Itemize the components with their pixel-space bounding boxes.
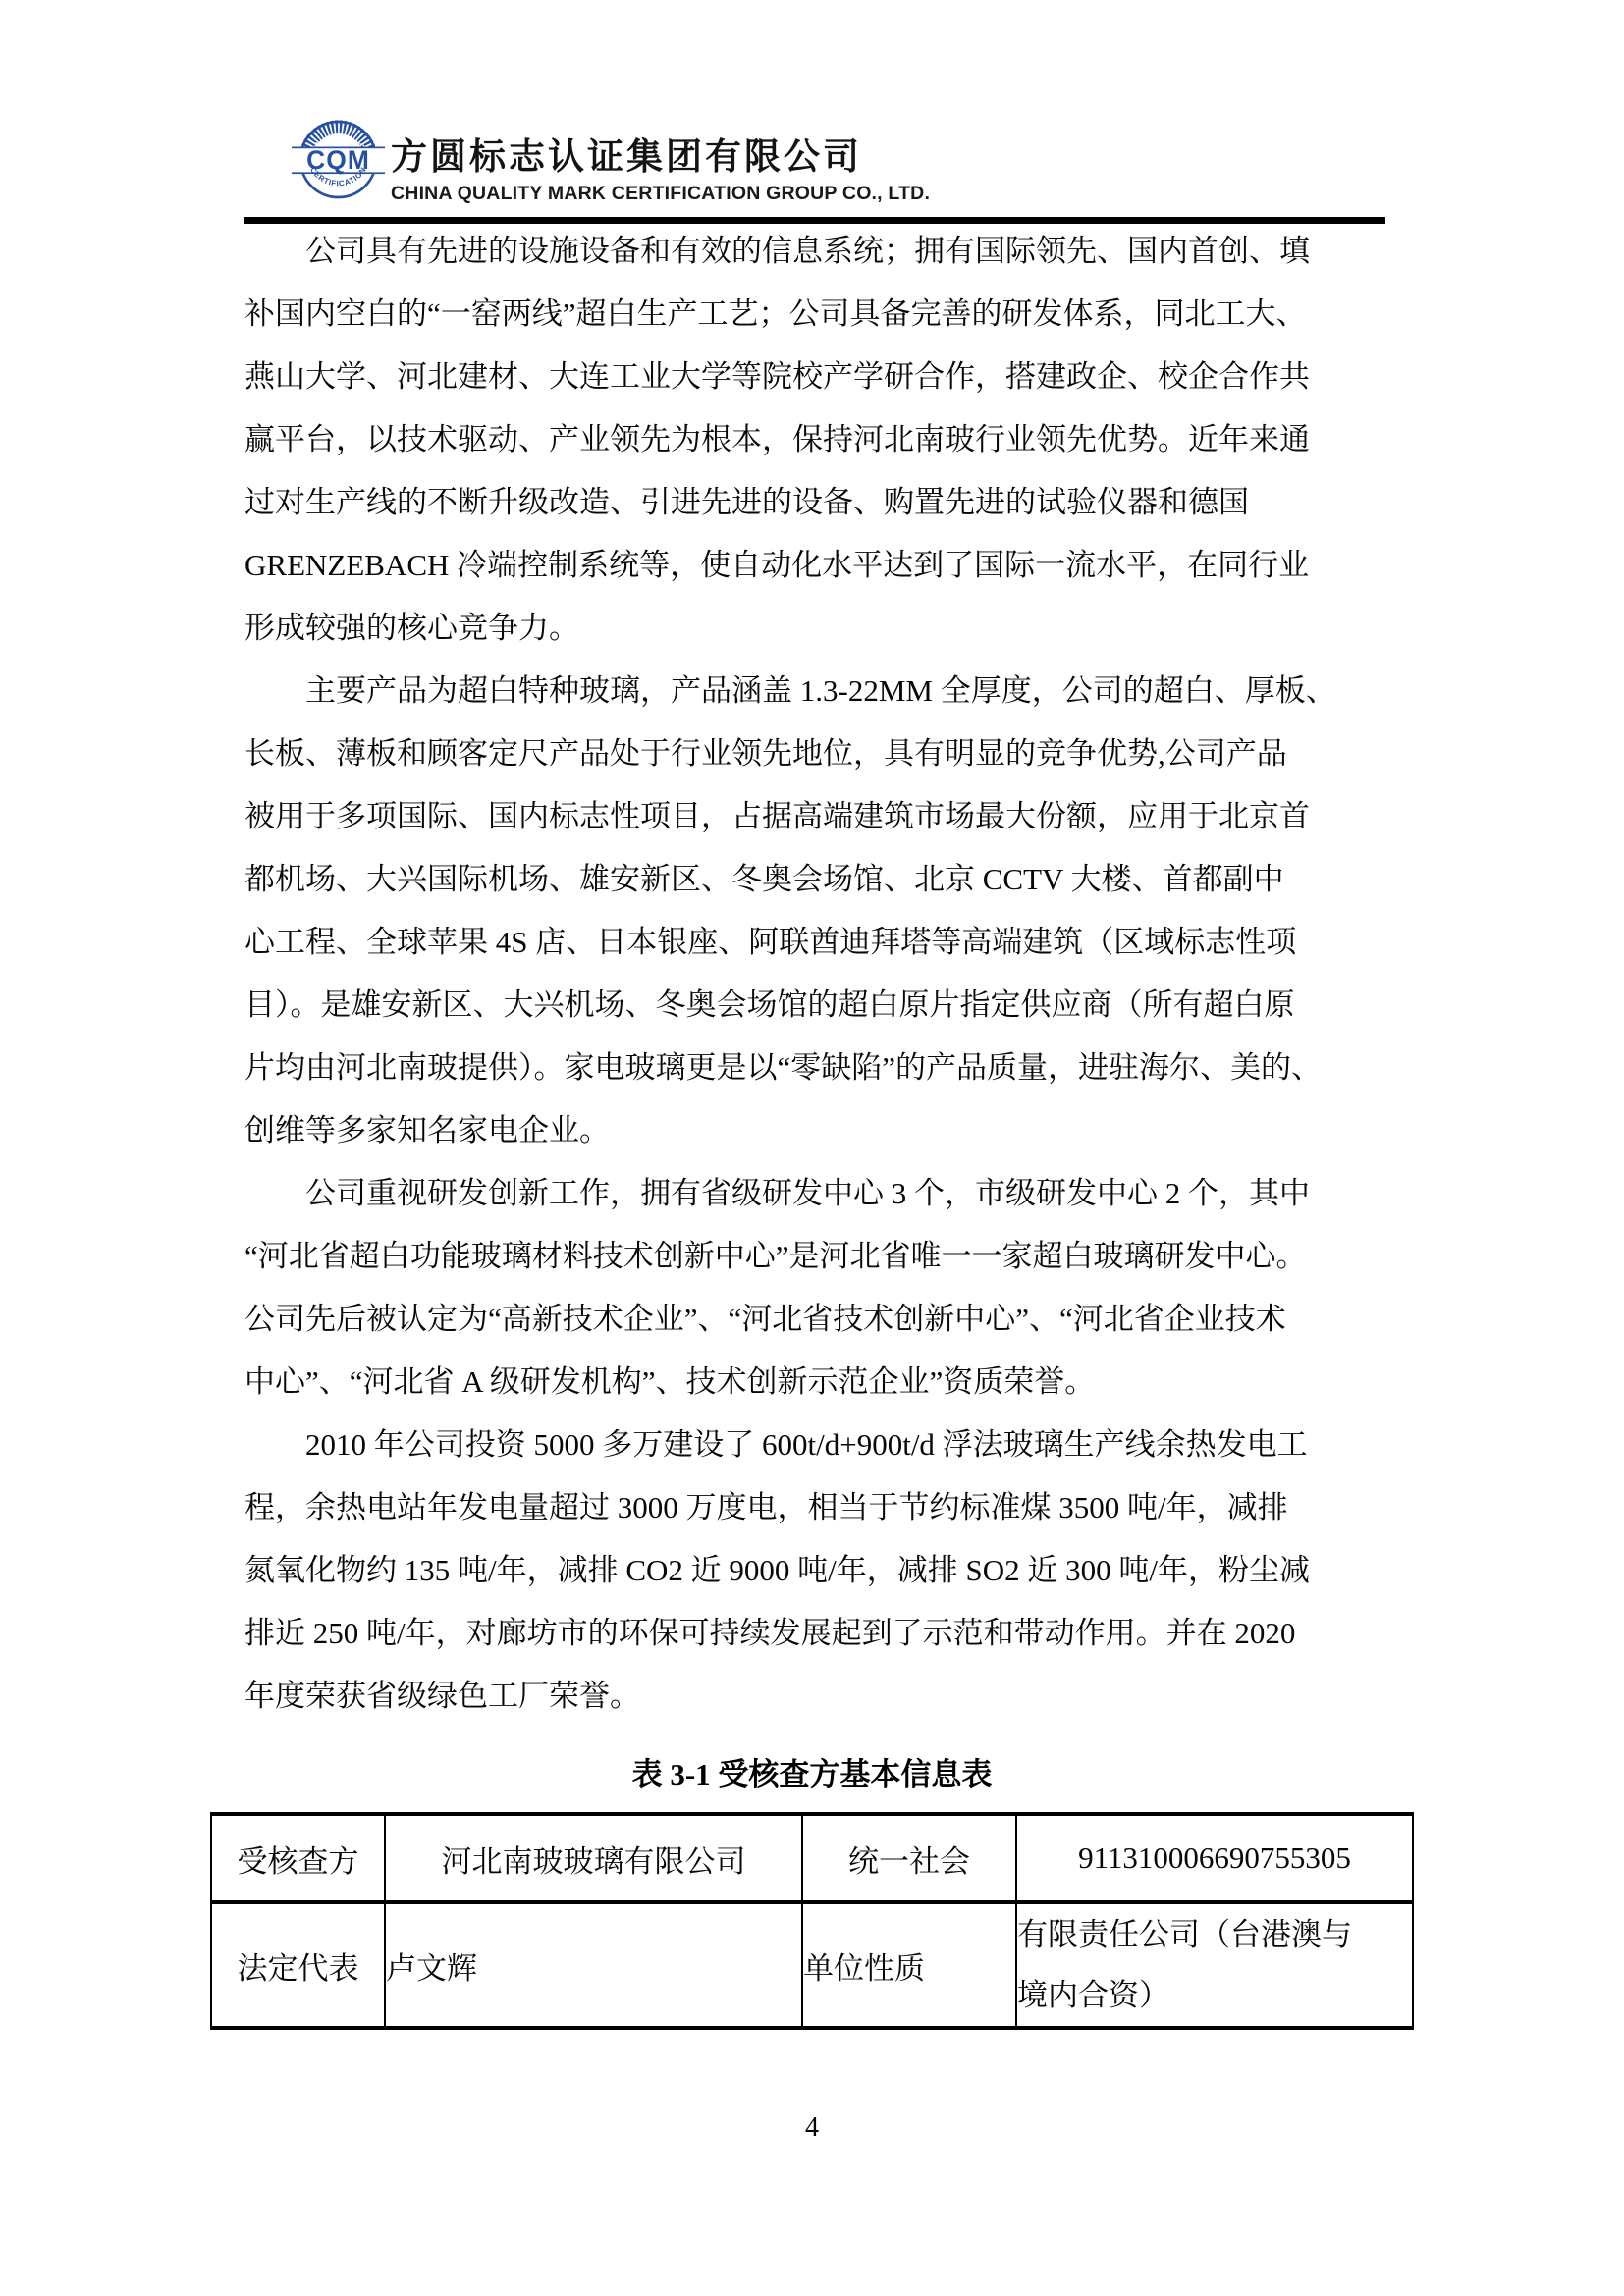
body-line: 补国内空白的“一窑两线”超白生产工艺；公司具备完善的研发体系，同北工大、 [244,283,1386,346]
page-number: 4 [0,2112,1624,2144]
body-line: 2010 年公司投资 5000 多万建设了 600t/d+900t/d 浮法玻璃… [244,1414,1386,1476]
body-line: 燕山大学、河北建材、大连工业大学等院校产学研合作，搭建政企、校企合作共 [244,346,1386,408]
body-line: 片均由河北南玻提供）。家电玻璃更是以“零缺陷”的产品质量，进驻海尔、美的、 [244,1037,1386,1099]
cqm-logo-icon: 方圆认证 CQM CERTIFICATION [292,113,385,206]
cqm-emblem-icon: 方圆认证 CQM CERTIFICATION [292,113,385,206]
cell-entity-type-value: 有限责任公司（台港澳与 境内合资） [1016,1902,1413,2028]
entity-type-line-1: 有限责任公司（台港澳与 [1017,1904,1412,1965]
cell-entity-type-label: 单位性质 [802,1902,1016,2028]
body-line: 公司重视研发创新工作，拥有省级研发中心 3 个，市级研发中心 2 个，其中 [244,1162,1386,1225]
body-line: “河北省超白功能玻璃材料技术创新中心”是河北省唯一一家超白玻璃研发中心。 [244,1225,1386,1288]
company-name-zh: 方圆标志认证集团有限公司 [391,138,930,178]
body-line: 心工程、全球苹果 4S 店、日本银座、阿联酋迪拜塔等高端建筑（区域标志性项 [244,911,1386,974]
header-titles: 方圆标志认证集团有限公司 CHINA QUALITY MARK CERTIFIC… [391,138,930,205]
body-line: 公司先后被认定为“高新技术企业”、“河北省技术创新中心”、“河北省企业技术 [244,1288,1386,1351]
body-line: 氮氧化物约 135 吨/年，减排 CO2 近 9000 吨/年，减排 SO2 近… [244,1539,1386,1602]
body-line: GRENZEBACH 冷端控制系统等，使自动化水平达到了国际一流水平，在同行业 [244,534,1386,597]
entity-type-line-2: 境内合资） [1017,1965,1412,2026]
body-line: 都机场、大兴国际机场、雄安新区、冬奥会场馆、北京 CCTV 大楼、首都副中 [244,848,1386,911]
company-name-en: CHINA QUALITY MARK CERTIFICATION GROUP C… [391,183,930,205]
body-line: 形成较强的核心竞争力。 [244,597,1386,660]
cell-uscc-value: 911310006690755305 [1016,1814,1413,1902]
body-line: 程，余热电站年发电量超过 3000 万度电，相当于节约标准煤 3500 吨/年，… [244,1476,1386,1539]
body-line: 长板、薄板和顾客定尺产品处于行业领先地位，具有明显的竞争优势,公司产品 [244,722,1386,785]
body-line: 中心”、“河北省 A 级研发机构”、技术创新示范企业”资质荣誉。 [244,1351,1386,1414]
table-row: 法定代表 卢文辉 单位性质 有限责任公司（台港澳与 境内合资） [211,1902,1413,2028]
table-title: 表 3-1 受核查方基本信息表 [0,1749,1624,1793]
body-text: 公司具有先进的设施设备和有效的信息系统；拥有国际领先、国内首创、填 补国内空白的… [244,220,1386,1728]
body-line: 公司具有先进的设施设备和有效的信息系统；拥有国际领先、国内首创、填 [244,220,1386,283]
body-line: 创维等多家知名家电企业。 [244,1099,1386,1162]
document-page: 方圆认证 CQM CERTIFICATION 方圆标志认证集团有限公司 CHIN… [0,0,1624,2296]
body-line: 赢平台，以技术驱动、产业领先为根本，保持河北南玻行业领先优势。近年来通 [244,408,1386,471]
cell-uscc-label: 统一社会 [802,1814,1016,1902]
body-line: 年度荣获省级绿色工厂荣誉。 [244,1665,1386,1728]
cell-legal-rep-label: 法定代表 [211,1902,385,2028]
table-row: 受核查方 河北南玻玻璃有限公司 统一社会 911310006690755305 [211,1814,1413,1902]
cell-auditee-label: 受核查方 [211,1814,385,1902]
body-line: 被用于多项国际、国内标志性项目，占据高端建筑市场最大份额，应用于北京首 [244,785,1386,848]
cell-auditee-value: 河北南玻玻璃有限公司 [385,1814,802,1902]
basic-info-table: 受核查方 河北南玻玻璃有限公司 统一社会 911310006690755305 … [210,1812,1414,2030]
body-line: 目）。是雄安新区、大兴机场、冬奥会场馆的超白原片指定供应商（所有超白原 [244,974,1386,1037]
body-line: 过对生产线的不断升级改造、引进先进的设备、购置先进的试验仪器和德国 [244,471,1386,534]
cell-legal-rep-value: 卢文辉 [385,1902,802,2028]
body-line: 排近 250 吨/年，对廊坊市的环保可持续发展起到了示范和带动作用。并在 202… [244,1602,1386,1665]
body-line: 主要产品为超白特种玻璃，产品涵盖 1.3-22MM 全厚度，公司的超白、厚板、 [244,660,1386,722]
